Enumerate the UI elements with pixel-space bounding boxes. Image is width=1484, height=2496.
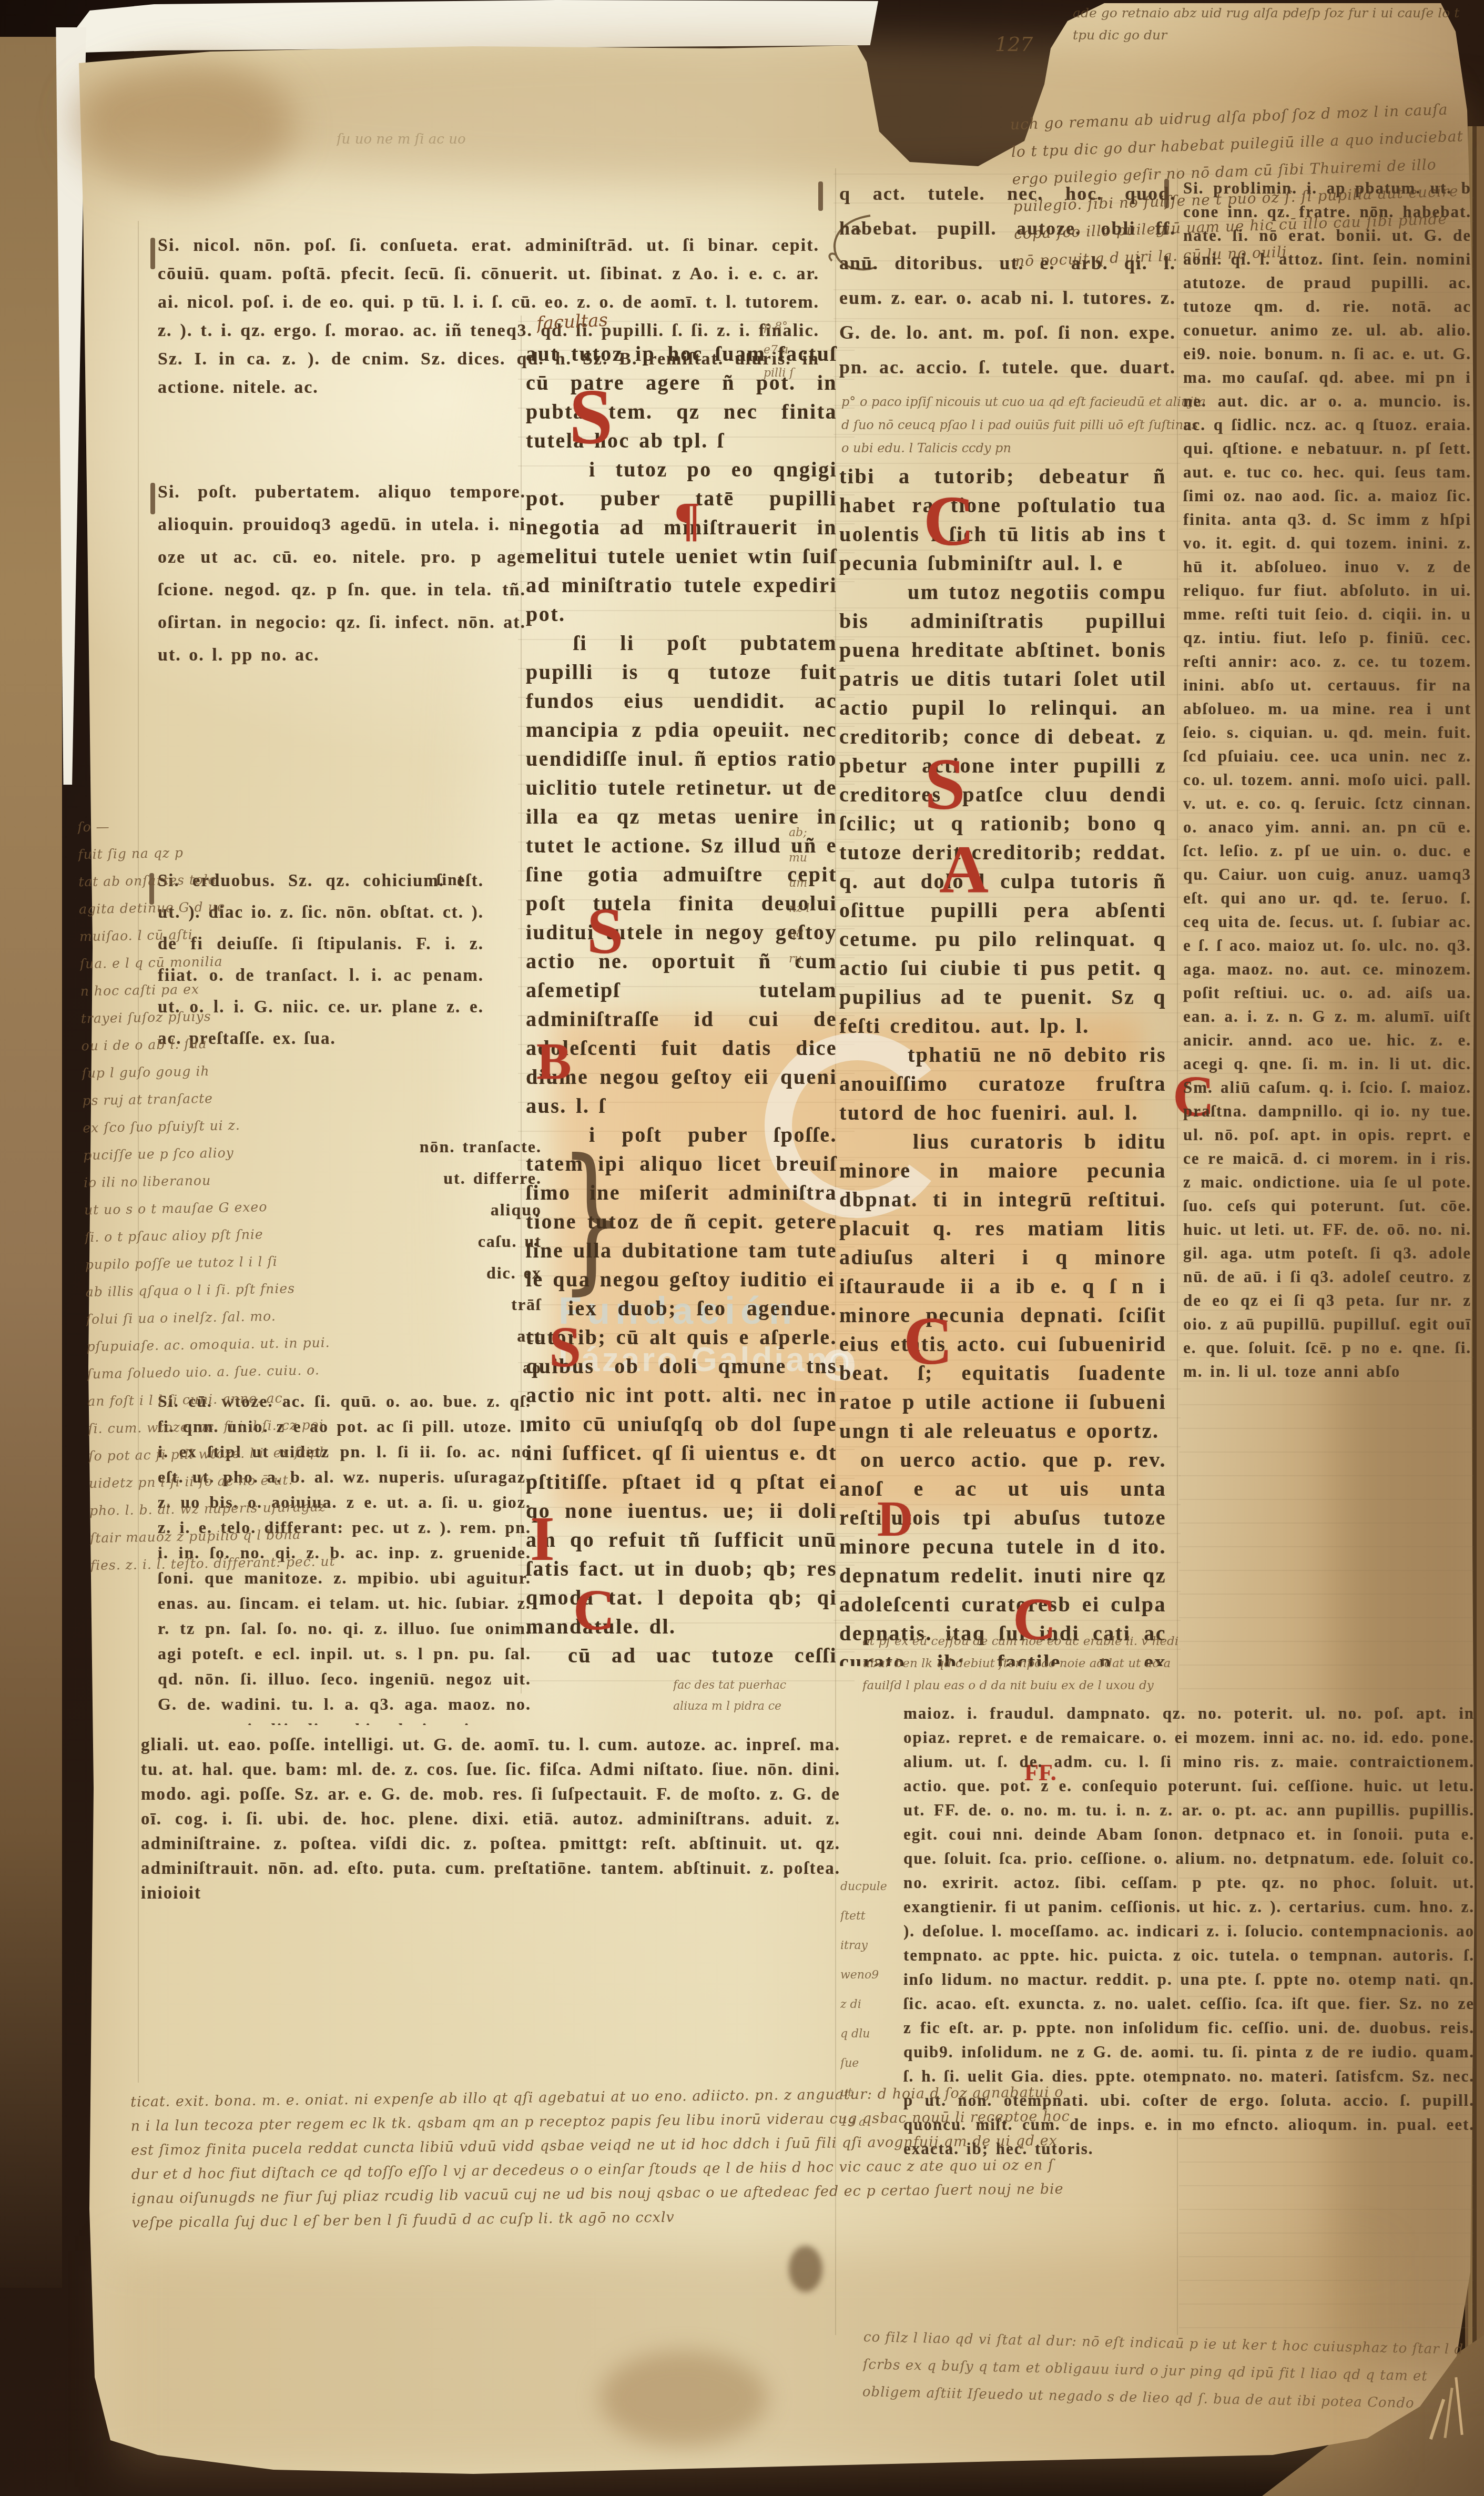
center-heading: facultas [536, 309, 608, 334]
top-edge-scribble: ade go retnaio abz uid rug alſa pdeſp ſo… [1073, 2, 1462, 48]
rubric-initial: A [939, 840, 989, 899]
rubric-initial: C [903, 1312, 953, 1371]
right-interlinear-note: p° o paco ipſiſ nicouis ut cuo ua qd eſt… [841, 390, 1209, 459]
center-paragraph: i poſt puber ſpoſſe. tatem ipi aliquo li… [526, 1120, 837, 1294]
rubric-initial: D [877, 1498, 913, 1540]
right-paragraph: tibi a tutorib; debeatur ñ habet ra tion… [839, 462, 1166, 577]
center-paragraph: cū ad uac tutoze ceſſi pitu agatur. l cū… [526, 1641, 837, 1675]
center-foot-note: fac des tat puerhac aliuza m l pidra ce [673, 1675, 847, 1728]
gutter-note: p 8° e7 a pilli ſ [764, 316, 842, 431]
right-paragraph: tphatiū ne nō debito ris anouiſſimo cura… [839, 1040, 1166, 1127]
rubric-initial: I [530, 1512, 555, 1566]
rubric-pilcrow: ¶ [674, 499, 700, 540]
left-margin-notes: ſo — fuit ſig na qz p tat ab onſartes to… [77, 806, 522, 1602]
rubric-initial: C [573, 1586, 615, 1635]
paragraph-mark [150, 483, 155, 514]
paragraph-mark [150, 238, 155, 269]
paragraph-mark [818, 181, 823, 211]
right-head-gloss: q act. tutele. nec. hoc. quod. habebat. … [839, 176, 1176, 387]
paragraph-mark [1164, 179, 1169, 208]
faint-top-scribble: ſu uo ne m ſi ac uo [337, 131, 631, 160]
right-margin-fragments: ducpule ſtett itray weno9 z di q dlu ſue… [840, 1872, 903, 2146]
rubric-initial: S [587, 904, 624, 959]
folio-number: 127 [995, 33, 1033, 56]
rubric-initial: C [923, 492, 975, 552]
gutter-note: ab; mu um nz l q8 ru [789, 820, 847, 978]
right-gloss-column: Si. problimin. i. ap pbatum. ut. b cone … [1183, 176, 1471, 2327]
left-gloss-para2: Si. poſt. pubertatem. aliquo tempore. al… [158, 476, 526, 770]
rubric-initial: B [536, 1039, 572, 1083]
interleaf-paper-top [74, 0, 878, 53]
manuscript-photo: p o s t u m r a n o i l u s e t c a u s … [0, 0, 1484, 2496]
right-column: tibi a tutorib; debeatur ñ habet ra tion… [839, 462, 1166, 1666]
old-page-edge [0, 37, 62, 2288]
right-paragraph: um tutoz negotiis compu bis adminiſtrati… [839, 577, 1166, 1040]
bottom-right-note: co filz l liao qd vi ſtat al dur: nō eſt… [861, 2323, 1469, 2457]
rubric-initial: S [549, 1323, 581, 1372]
right-mid-cursive: ot pſ ex eū ceſſou de cam noe eo ac erab… [862, 1630, 1188, 1699]
rubric-initial: S [924, 753, 965, 816]
right-paragraph: lius curatoris b iditu minore in maiore … [839, 1127, 1166, 1445]
rubric-initial: S [569, 384, 613, 451]
left-wide-gloss: gliali. ut. eao. poſſe. intelligi. ut. G… [141, 1733, 840, 2077]
